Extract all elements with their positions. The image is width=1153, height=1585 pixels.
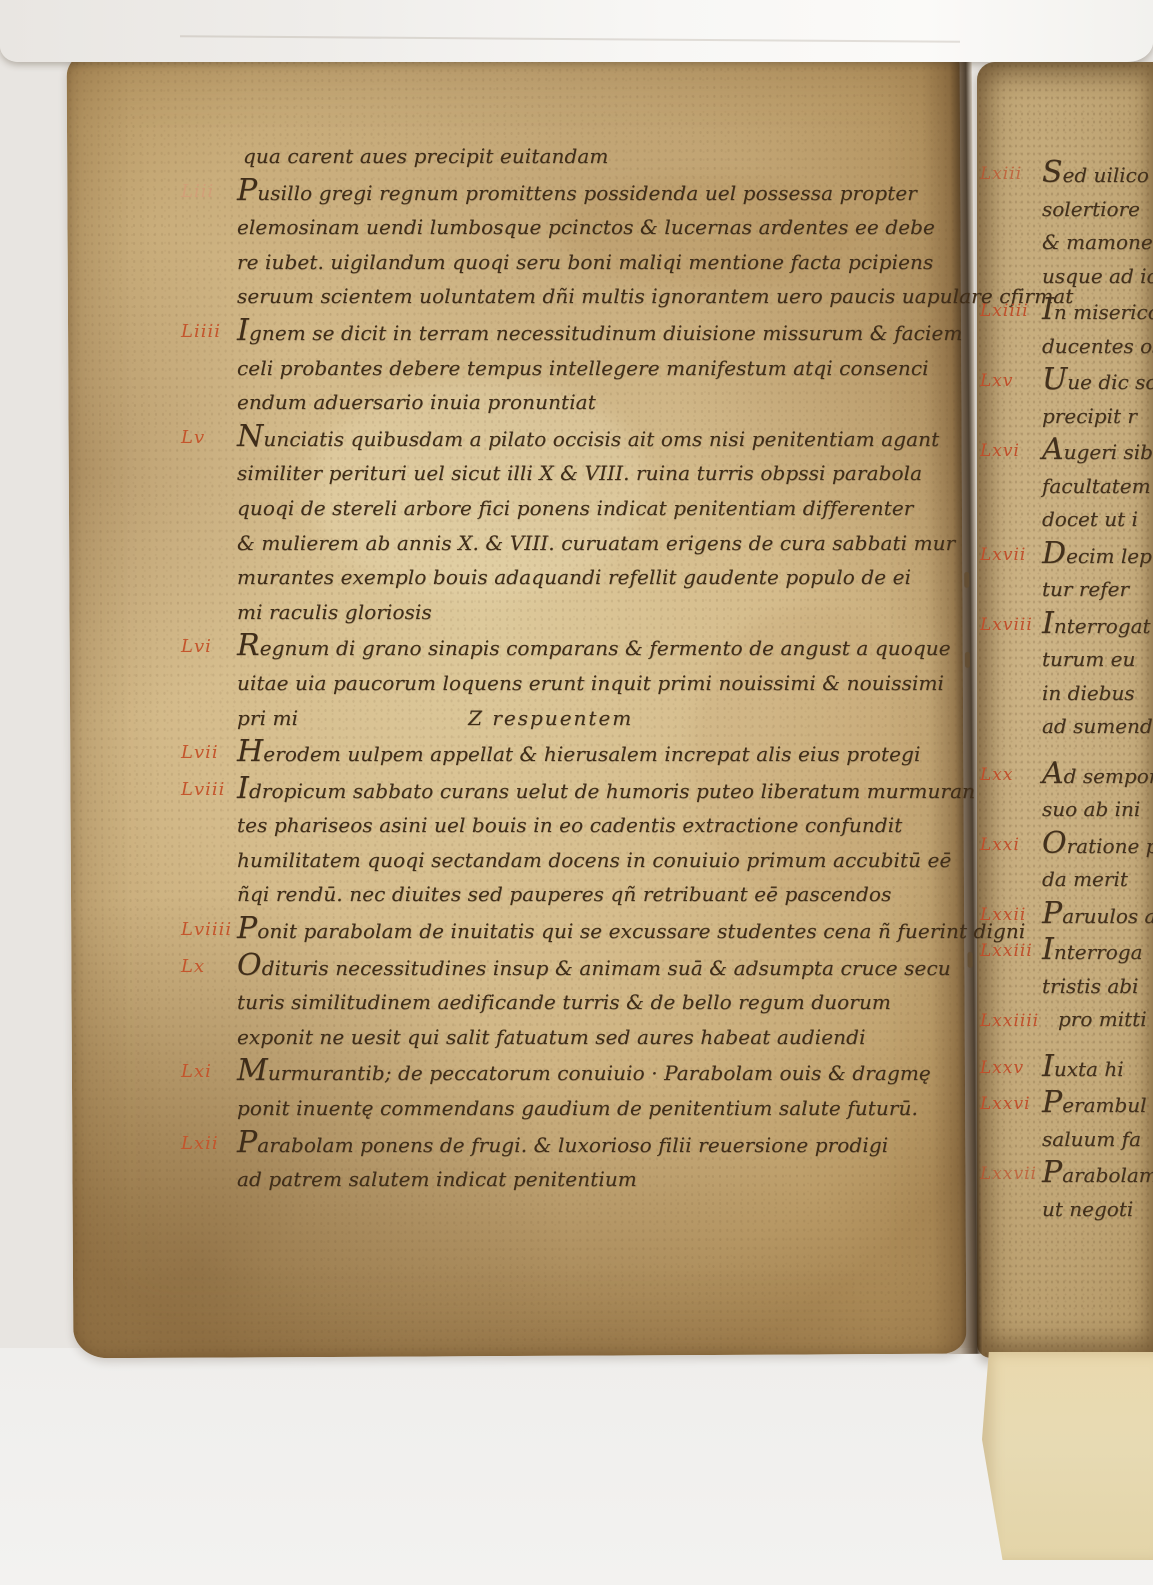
initial-letter: P: [1042, 1085, 1062, 1120]
text-line: & mamone: [1042, 226, 1153, 260]
initial-letter: O: [237, 948, 262, 983]
initial-letter: S: [1042, 155, 1063, 190]
chapter-numeral: Lviiii: [181, 915, 235, 945]
left-chapter-entry: LxOdituris necessitudines insup & animam…: [237, 949, 913, 1055]
text-line: Parabolam ponens de frugi. & luxorioso f…: [237, 1126, 913, 1163]
chapter-numeral: Lxiiii: [980, 296, 1038, 326]
text-line: Odituris necessitudines insup & animam s…: [237, 949, 913, 986]
left-chapter-entry: LxiiParabolam ponens de frugi. & luxorio…: [237, 1126, 913, 1197]
chapter-numeral: Liiii: [181, 317, 235, 347]
initial-letter: I: [1042, 932, 1054, 967]
initial-letter: A: [1042, 432, 1064, 467]
right-chapter-entry: LxxiiParuulos a: [1042, 897, 1153, 934]
text-line: in diebus: [1042, 677, 1153, 711]
text-line: ponit inuentę commendans gaudium de peni…: [237, 1091, 913, 1126]
left-chapter-entry: LxiMurmurantib; de peccatorum conuiuio ·…: [237, 1054, 913, 1125]
text-line: solertiore: [1042, 193, 1153, 227]
white-backing-sheet: [0, 1348, 1153, 1585]
text-line: Ad sempor: [1042, 757, 1153, 794]
text-line: ñqi rendū. nec diuites sed pauperes qñ r…: [237, 877, 913, 912]
chapter-numeral: Lxxi: [980, 830, 1038, 860]
initial-letter: I: [1042, 606, 1054, 641]
left-text-column: qua carent aues precipit euitandam LiiiP…: [237, 139, 913, 1197]
cream-under-leaf: [982, 1352, 1153, 1560]
left-chapter-entry: LviRegnum di grano sinapis comparans & f…: [237, 629, 913, 735]
initial-letter: U: [1042, 362, 1067, 397]
text-line: turum eu: [1042, 643, 1153, 677]
right-chapter-entry: LxxvIuxta hi: [1042, 1050, 1153, 1087]
text-line: tristis abi: [1042, 970, 1153, 1004]
text-line: In misericor: [1042, 293, 1153, 330]
right-chapter-entry: LxviiiInterrogatturum euin diebusad sume…: [1042, 607, 1153, 744]
text-line: tes phariseos asini uel bouis in eo cade…: [237, 808, 913, 843]
text-line: Decim lepr: [1042, 537, 1153, 574]
text-line: seruum scientem uoluntatem dñi multis ig…: [237, 279, 913, 314]
text-line: Regnum di grano sinapis comparans & ferm…: [237, 629, 913, 666]
right-chapter-entry: LxxiOratione pda merit: [1042, 827, 1153, 897]
text-line: uitae uia paucorum loquens erunt inquit …: [237, 666, 913, 701]
text-line: Herodem uulpem appellat & hierusalem inc…: [237, 735, 913, 772]
chapter-numeral: Liii: [181, 177, 235, 207]
right-chapter-entry: LxxviiParabolamut negoti: [1042, 1156, 1153, 1226]
chapter-numeral: Lxiii: [980, 159, 1038, 189]
left-chapter-entry: LvNunciatis quibusdam a pilato occisis a…: [237, 420, 913, 630]
text-line: ducentes oste: [1042, 330, 1153, 364]
chapter-numeral: Lxvii: [980, 540, 1038, 570]
right-chapter-entry: LxxAd semporsuo ab ini: [1042, 757, 1153, 827]
text-line: elemosinam uendi lumbosque pcinctos & lu…: [237, 210, 913, 245]
initial-letter: O: [1042, 826, 1067, 861]
text-line: similiter perituri uel sicut illi X & VI…: [237, 456, 913, 491]
text-line: mi raculis gloriosis: [237, 595, 913, 630]
right-chapter-entry: LxviiDecim leprtur refer: [1042, 537, 1153, 607]
initial-letter: H: [237, 734, 263, 769]
interlinear-insertion: Z respuentem: [468, 701, 633, 736]
text-line: Augeri sibi: [1042, 433, 1153, 470]
text-line: humilitatem quoqi sectandam docens in co…: [237, 843, 913, 878]
text-line: Interrogat: [1042, 607, 1153, 644]
text-line: Ignem se dicit in terram necessitudinum …: [237, 314, 913, 351]
text-line: turis similitudinem aedificande turris &…: [237, 985, 913, 1020]
chapter-numeral: Lxxvii: [980, 1159, 1038, 1189]
initial-letter: I: [237, 313, 249, 348]
sewing-stitch: [965, 652, 970, 668]
chapter-numeral: Lxv: [980, 366, 1038, 396]
continuation-line: qua carent aues precipit euitandam: [237, 139, 913, 174]
chapter-numeral: Lxxiiii: [980, 1006, 1038, 1036]
text-line: Idropicum sabbato curans uelut de humori…: [237, 772, 913, 809]
initial-letter: P: [237, 173, 257, 208]
text-line: Uue dic scan: [1042, 363, 1153, 400]
right-text-column: LxiiiSed uilico insolertiore& mamoneusqu…: [1042, 156, 1153, 1226]
chapter-numeral: Lxii: [181, 1129, 235, 1159]
text-line: Oratione p: [1042, 827, 1153, 864]
chapter-numeral: Lxviii: [980, 610, 1038, 640]
chapter-numeral: Lx: [181, 952, 235, 982]
text-line: ad sumend: [1042, 710, 1153, 744]
text-line: endum aduersario inuia pronuntiat: [237, 385, 913, 420]
text-line: Nunciatis quibusdam a pilato occisis ait…: [237, 420, 913, 457]
chapter-numeral: Lxi: [181, 1057, 235, 1087]
text-line: facultatem: [1042, 470, 1153, 504]
text-line: suo ab ini: [1042, 793, 1153, 827]
text-line: Perambul: [1042, 1086, 1153, 1123]
right-chapter-entry: LxiiiiIn misericorducentes oste: [1042, 293, 1153, 363]
chapter-numeral: Lvii: [181, 738, 235, 768]
text-line: Parabolam: [1042, 1156, 1153, 1193]
text-line: docet ut i: [1042, 503, 1153, 537]
initial-letter: I: [237, 771, 249, 806]
chapter-numeral: Lviii: [181, 775, 235, 805]
sewing-stitch: [964, 572, 969, 588]
text-line: saluum fa: [1042, 1123, 1153, 1157]
text-line: quoqi de stereli arbore fici ponens indi…: [237, 491, 913, 526]
initial-letter: P: [1042, 1155, 1062, 1190]
right-chapter-entry: LxxiiiInterrogatristis abi: [1042, 933, 1153, 1003]
initial-letter: P: [1042, 896, 1062, 931]
initial-letter: M: [237, 1053, 268, 1088]
chapter-numeral: Lxxii: [980, 900, 1038, 930]
initial-letter: I: [1042, 292, 1054, 327]
white-guard-sheet: [0, 0, 1153, 62]
right-chapter-entry: Lxxiiiipro mitti: [1042, 1003, 1153, 1037]
text-line: pri miZ respuentem: [237, 701, 913, 736]
text-line: usque ad ioh: [1042, 260, 1153, 294]
left-chapter-entry: LiiiPusillo gregi regnum promittens poss…: [237, 174, 913, 314]
text-line: pro mitti: [1042, 1003, 1153, 1037]
left-chapter-entry: LiiiiIgnem se dicit in terram necessitud…: [237, 314, 913, 420]
text-line: tur refer: [1042, 573, 1153, 607]
text-line: da merit: [1042, 863, 1153, 897]
text-line: & mulierem ab annis X. & VIII. curuatam …: [237, 526, 913, 561]
text-line: murantes exemplo bouis adaquandi refelli…: [237, 560, 913, 595]
right-chapter-list: LxiiiSed uilico insolertiore& mamoneusqu…: [1042, 156, 1153, 1226]
right-chapter-entry: LxvUue dic scanprecipit r: [1042, 363, 1153, 433]
initial-letter: A: [1042, 756, 1064, 791]
initial-letter: P: [237, 1125, 257, 1160]
text-line: celi probantes debere tempus intellegere…: [237, 351, 913, 386]
text-line: ut negoti: [1042, 1193, 1153, 1227]
initial-letter: P: [237, 911, 257, 946]
left-chapter-entry: LviiiIdropicum sabbato curans uelut de h…: [237, 772, 913, 912]
text-line: Murmurantib; de peccatorum conuiuio · Pa…: [237, 1054, 913, 1091]
text-line: Pusillo gregi regnum promittens possiden…: [237, 174, 913, 211]
text-line: exponit ne uesit qui salit fatuatum sed …: [237, 1020, 913, 1055]
initial-letter: I: [1042, 1049, 1054, 1084]
right-chapter-entry: LxiiiSed uilico insolertiore& mamoneusqu…: [1042, 156, 1153, 293]
book-gutter: [922, 52, 983, 1354]
text-line: Ponit parabolam de inuitatis qui se excu…: [237, 912, 913, 949]
chapter-numeral: Lxxvi: [980, 1089, 1038, 1119]
chapter-numeral: Lxxiii: [980, 936, 1038, 966]
right-chapter-entry: LxviAugeri sibifacultatemdocet ut i: [1042, 433, 1153, 537]
chapter-numeral: Lv: [181, 423, 235, 453]
text-line: Iuxta hi: [1042, 1050, 1153, 1087]
chapter-numeral: Lxx: [980, 760, 1038, 790]
text-line: Paruulos a: [1042, 897, 1153, 934]
right-chapter-entry: LxxviPerambulsaluum fa: [1042, 1086, 1153, 1156]
chapter-numeral: Lvi: [181, 632, 235, 662]
sewing-stitch: [967, 952, 972, 968]
left-chapter-entry: LviiiiPonit parabolam de inuitatis qui s…: [237, 912, 913, 949]
text-line: precipit r: [1042, 400, 1153, 434]
text-line: Interroga: [1042, 933, 1153, 970]
left-chapter-entry: LviiHerodem uulpem appellat & hierusalem…: [237, 735, 913, 772]
manuscript-photo: qua carent aues precipit euitandam LiiiP…: [0, 0, 1153, 1585]
initial-letter: D: [1042, 536, 1066, 571]
chapter-numeral: Lxxv: [980, 1053, 1038, 1083]
text-line: Sed uilico in: [1042, 156, 1153, 193]
text-line: ad patrem salutem indicat penitentium: [237, 1162, 913, 1197]
left-chapter-list: LiiiPusillo gregi regnum promittens poss…: [237, 174, 913, 1197]
chapter-numeral: Lxvi: [980, 436, 1038, 466]
initial-letter: N: [237, 419, 263, 454]
initial-letter: R: [237, 628, 260, 663]
text-line: re iubet. uigilandum quoqi seru boni mal…: [237, 245, 913, 280]
